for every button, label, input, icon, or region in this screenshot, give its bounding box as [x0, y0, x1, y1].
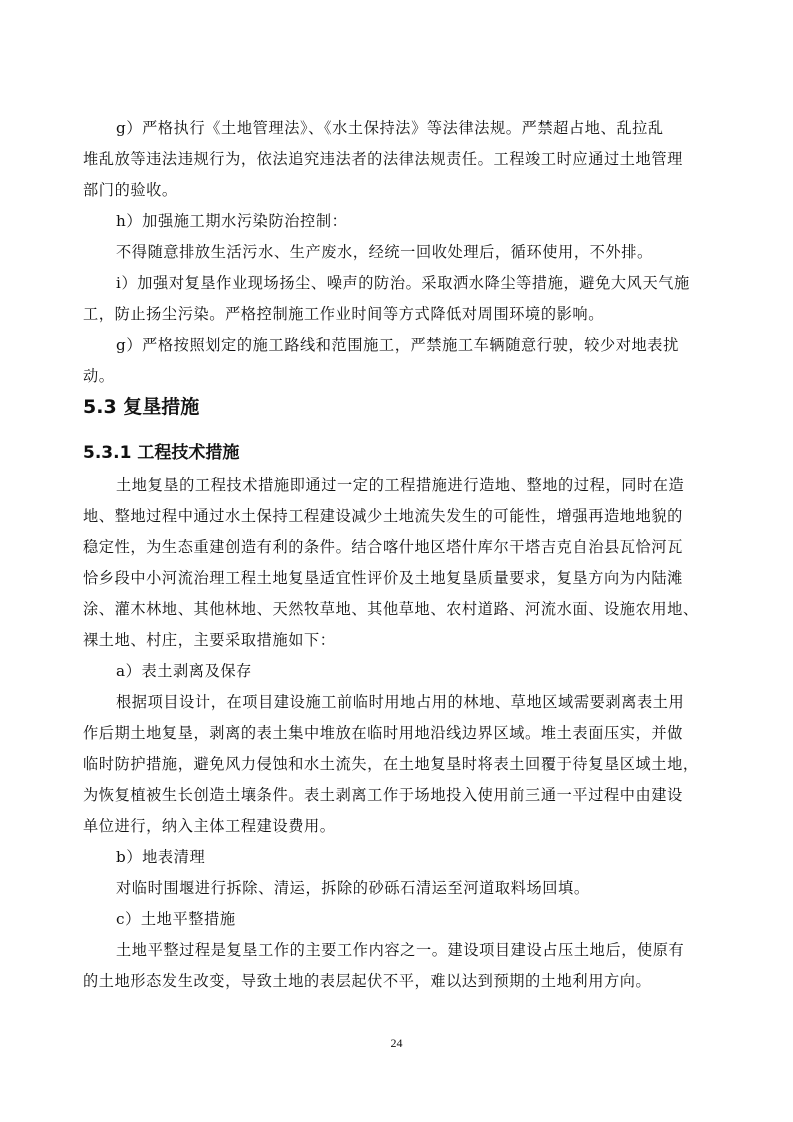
- paragraph-line: 工，防止扬尘污染。严格控制施工作业时间等方式降低对周围环境的影响。: [83, 304, 604, 324]
- subsection-heading: 5.3.1 工程技术措施: [83, 442, 239, 464]
- paragraph-line: 恰乡段中小河流治理工程土地复垦适宜性评价及土地复垦质量要求，复垦方向为内陆滩: [83, 568, 683, 588]
- paragraph-line: 部门的验收。: [83, 180, 178, 200]
- list-item-heading: c）土地平整措施: [116, 909, 236, 929]
- paragraph-line: 作后期土地复垦，剥离的表土集中堆放在临时用地沿线边界区域。堆土表面压实，并做: [83, 723, 683, 743]
- paragraph-line: i）加强对复垦作业现场扬尘、噪声的防治。采取洒水降尘等措施，避免大风天气施: [116, 273, 690, 293]
- list-item-heading: b）地表清理: [116, 847, 205, 867]
- paragraph-line: 的土地形态发生改变，导致土地的表层起伏不平，难以达到预期的土地利用方向。: [83, 971, 651, 991]
- list-item-heading: h）加强施工期水污染防治控制：: [116, 211, 347, 231]
- paragraph-line: 不得随意排放生活污水、生产废水，经统一回收处理后，循环使用，不外排。: [116, 242, 653, 262]
- paragraph-line: 裸土地、村庄，主要采取措施如下：: [83, 630, 336, 650]
- paragraph-line: 稳定性，为生态重建创造有利的条件。结合喀什地区塔什库尔干塔吉克自治县瓦恰河瓦: [83, 537, 683, 557]
- paragraph-line: 土地复垦的工程技术措施即通过一定的工程措施进行造地、整地的过程，同时在造: [116, 475, 684, 495]
- paragraph-line: 单位进行，纳入主体工程建设费用。: [83, 816, 336, 836]
- paragraph-line: 土地平整过程是复垦工作的主要工作内容之一。建设项目建设占压土地后，使原有: [116, 940, 684, 960]
- paragraph-line: 堆乱放等违法违规行为，依法追究违法者的法律法规责任。工程竣工时应通过土地管理: [83, 149, 683, 169]
- paragraph-line: 地、整地过程中通过水土保持工程建设减少土地流失发生的可能性，增强再造地地貌的: [83, 506, 683, 526]
- paragraph-line: g）严格执行《土地管理法》、《水土保持法》等法律法规。严禁超占地、乱拉乱: [116, 118, 664, 138]
- paragraph-line: 临时防护措施，避免风力侵蚀和水土流失，在土地复垦时将表土回覆于待复垦区域土地，: [83, 754, 699, 774]
- paragraph-line: g）严格按照划定的施工路线和范围施工，严禁施工车辆随意行驶，较少对地表扰: [116, 335, 679, 355]
- paragraph-line: 为恢复植被生长创造土壤条件。表土剥离工作于场地投入使用前三通一平过程中由建设: [83, 785, 683, 805]
- paragraph-line: 对临时围堰进行拆除、清运，拆除的砂砾石清运至河道取料场回填。: [116, 878, 590, 898]
- section-heading: 5.3 复垦措施: [83, 395, 199, 419]
- list-item-heading: a）表土剥离及保存: [116, 661, 252, 681]
- paragraph-line: 涂、灌木林地、其他林地、天然牧草地、其他草地、农村道路、河流水面、设施农用地、: [83, 599, 699, 619]
- paragraph-line: 动。: [83, 366, 115, 386]
- paragraph-line: 根据项目设计，在项目建设施工前临时用地占用的林地、草地区域需要剥离表土用: [116, 692, 684, 712]
- page-number: 24: [0, 1036, 793, 1051]
